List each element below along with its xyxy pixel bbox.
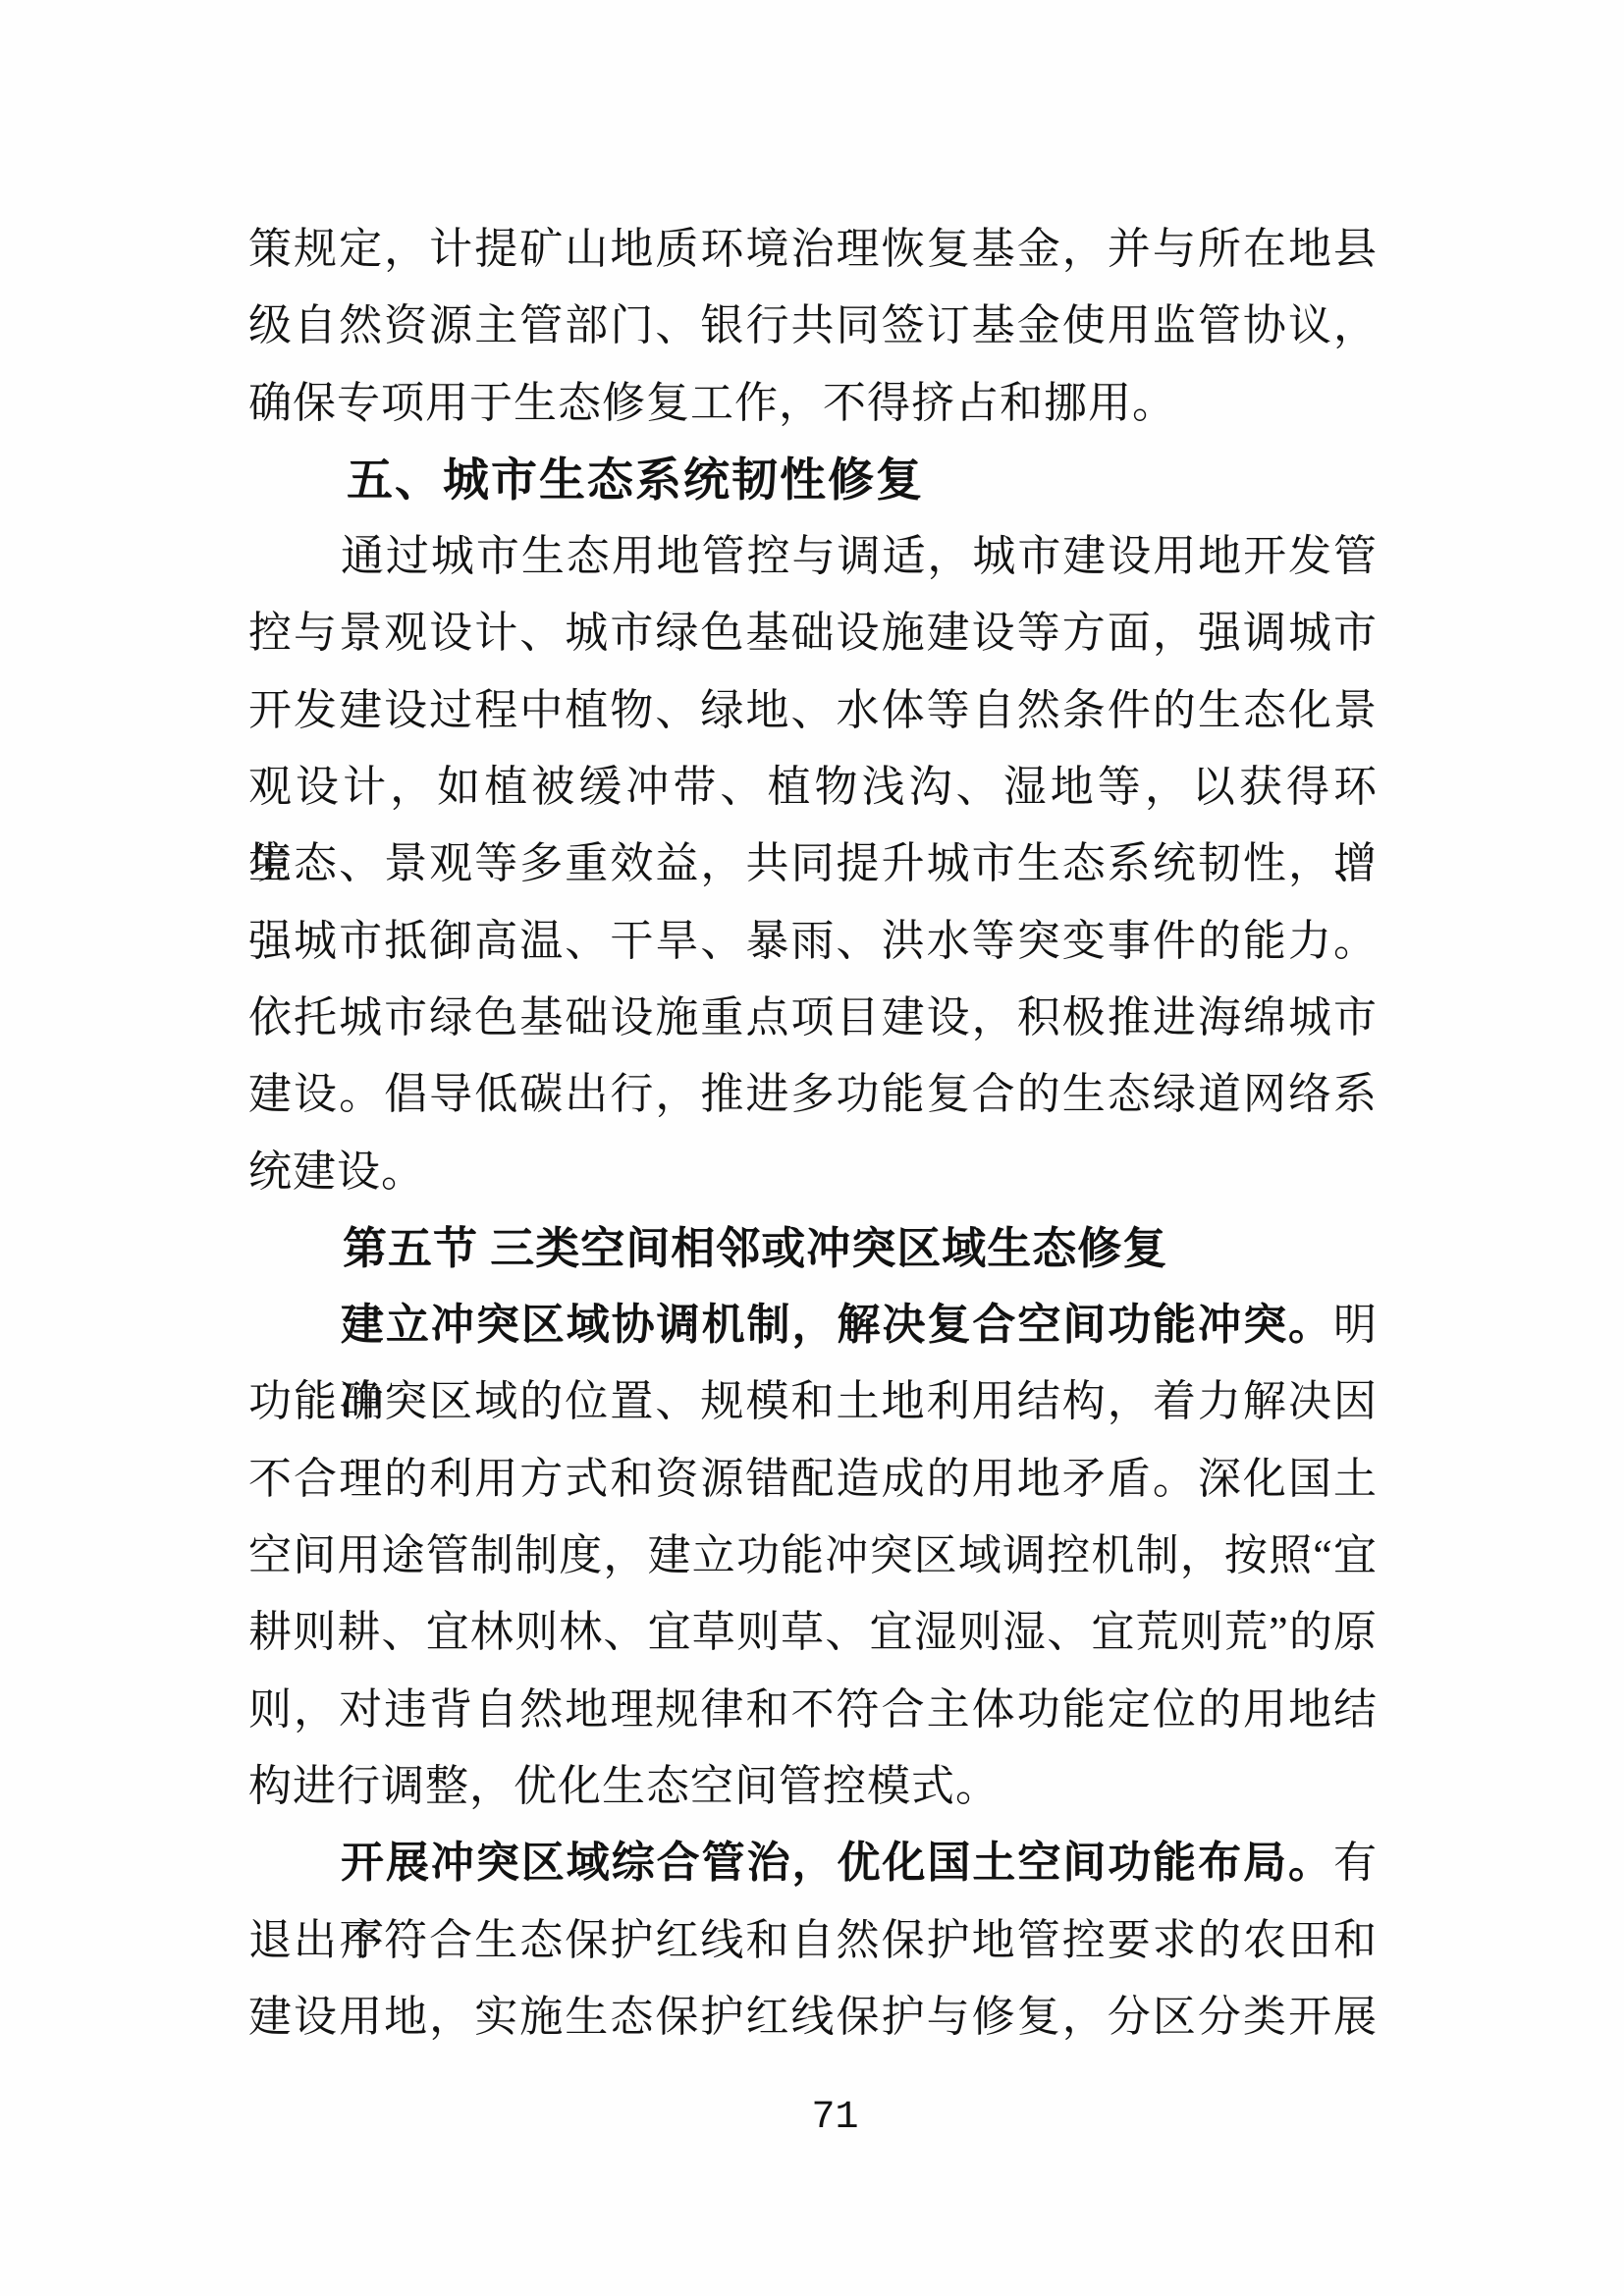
text-line: 通过城市生态用地管控与调适，城市建设用地开发管 bbox=[248, 518, 1378, 595]
text-segment: 则，对违背自然地理规律和不符合主体功能定位的用地结 bbox=[248, 1685, 1378, 1734]
text-segment: 耕则耕、宜林则林、宜草则草、宜湿则湿、宜荒则荒”的原 bbox=[248, 1608, 1378, 1656]
text-column: 策规定，计提矿山地质环境治理恢复基金，并与所在地县级自然资源主管部门、银行共同签… bbox=[248, 211, 1378, 2056]
text-segment: 五、城市生态系统韧性修复 bbox=[347, 454, 924, 506]
text-line: 开发建设过程中植物、绿地、水体等自然条件的生态化景 bbox=[248, 672, 1378, 749]
text-line: 开展冲突区域综合管治，优化国土空间功能布局。有序 bbox=[248, 1825, 1378, 1901]
text-line: 建立冲突区域协调机制，解决复合空间功能冲突。明确 bbox=[248, 1287, 1378, 1363]
text-segment: 级自然资源主管部门、银行共同签订基金使用监管协议， bbox=[248, 301, 1378, 349]
text-line: 退出不符合生态保护红线和自然保护地管控要求的农田和 bbox=[248, 1902, 1378, 1979]
text-segment: 强城市抵御高温、干旱、暴雨、洪水等突变事件的能力。 bbox=[248, 917, 1378, 965]
text-line: 耕则耕、宜林则林、宜草则草、宜湿则湿、宜荒则荒”的原 bbox=[248, 1594, 1378, 1671]
text-segment: 退出不符合生态保护红线和自然保护地管控要求的农田和 bbox=[248, 1916, 1378, 1964]
text-segment: 生态、景观等多重效益，共同提升城市生态系统韧性，增 bbox=[248, 839, 1378, 887]
text-line: 策规定，计提矿山地质环境治理恢复基金，并与所在地县 bbox=[248, 211, 1378, 288]
text-line: 级自然资源主管部门、银行共同签订基金使用监管协议， bbox=[248, 288, 1378, 364]
text-segment: 构进行调整，优化生态空间管控模式。 bbox=[248, 1762, 1000, 1810]
text-line: 统建设。 bbox=[248, 1134, 1378, 1210]
text-segment: 开发建设过程中植物、绿地、水体等自然条件的生态化景 bbox=[248, 686, 1378, 734]
section-heading: 第五节 三类空间相邻或冲突区域生态修复 bbox=[248, 1210, 1378, 1287]
text-line: 生态、景观等多重效益，共同提升城市生态系统韧性，增 bbox=[248, 826, 1378, 902]
text-line: 确保专项用于生态修复工作，不得挤占和挪用。 bbox=[248, 365, 1378, 442]
text-line: 构进行调整，优化生态空间管控模式。 bbox=[248, 1748, 1378, 1825]
text-line: 则，对违背自然地理规律和不符合主体功能定位的用地结 bbox=[248, 1672, 1378, 1748]
text-segment: 统建设。 bbox=[248, 1148, 425, 1196]
text-line: 依托城市绿色基础设施重点项目建设，积极推进海绵城市 bbox=[248, 980, 1378, 1056]
text-segment: 不合理的利用方式和资源错配造成的用地矛盾。深化国土 bbox=[248, 1455, 1378, 1503]
text-segment: 策规定，计提矿山地质环境治理恢复基金，并与所在地县 bbox=[248, 225, 1378, 273]
text-segment: 控与景观设计、城市绿色基础设施建设等方面，强调城市 bbox=[248, 609, 1378, 657]
text-segment: 空间用途管制制度，建立功能冲突区域调控机制，按照“宜 bbox=[248, 1531, 1378, 1579]
text-line: 建设用地，实施生态保护红线保护与修复，分区分类开展 bbox=[248, 1979, 1378, 2056]
text-segment: 确保专项用于生态修复工作，不得挤占和挪用。 bbox=[248, 379, 1176, 427]
text-segment: 开展冲突区域综合管治，优化国土空间功能布局。 bbox=[341, 1839, 1333, 1887]
text-segment: 依托城市绿色基础设施重点项目建设，积极推进海绵城市 bbox=[248, 993, 1378, 1041]
text-segment: 建设用地，实施生态保护红线保护与修复，分区分类开展 bbox=[248, 1993, 1378, 2041]
text-line: 观设计，如植被缓冲带、植物浅沟、湿地等，以获得环境、 bbox=[248, 749, 1378, 826]
page-number: 71 bbox=[248, 2089, 1422, 2148]
text-segment: 建立冲突区域协调机制，解决复合空间功能冲突。 bbox=[341, 1301, 1333, 1349]
text-line: 建设。倡导低碳出行，推进多功能复合的生态绿道网络系 bbox=[248, 1056, 1378, 1133]
text-segment: 第五节 三类空间相邻或冲突区域生态修复 bbox=[343, 1224, 1167, 1273]
subsection-heading: 五、城市生态系统韧性修复 bbox=[248, 442, 1378, 518]
text-segment: 建设。倡导低碳出行，推进多功能复合的生态绿道网络系 bbox=[248, 1070, 1378, 1118]
text-line: 强城市抵御高温、干旱、暴雨、洪水等突变事件的能力。 bbox=[248, 903, 1378, 980]
text-line: 控与景观设计、城市绿色基础设施建设等方面，强调城市 bbox=[248, 595, 1378, 671]
text-segment: 功能冲突区域的位置、规模和土地利用结构，着力解决因 bbox=[248, 1377, 1378, 1425]
text-line: 空间用途管制制度，建立功能冲突区域调控机制，按照“宜 bbox=[248, 1518, 1378, 1594]
document-page: 策规定，计提矿山地质环境治理恢复基金，并与所在地县级自然资源主管部门、银行共同签… bbox=[0, 0, 1624, 2296]
text-line: 不合理的利用方式和资源错配造成的用地矛盾。深化国土 bbox=[248, 1441, 1378, 1518]
text-line: 功能冲突区域的位置、规模和土地利用结构，着力解决因 bbox=[248, 1363, 1378, 1440]
text-segment: 通过城市生态用地管控与调适，城市建设用地开发管 bbox=[341, 532, 1378, 580]
